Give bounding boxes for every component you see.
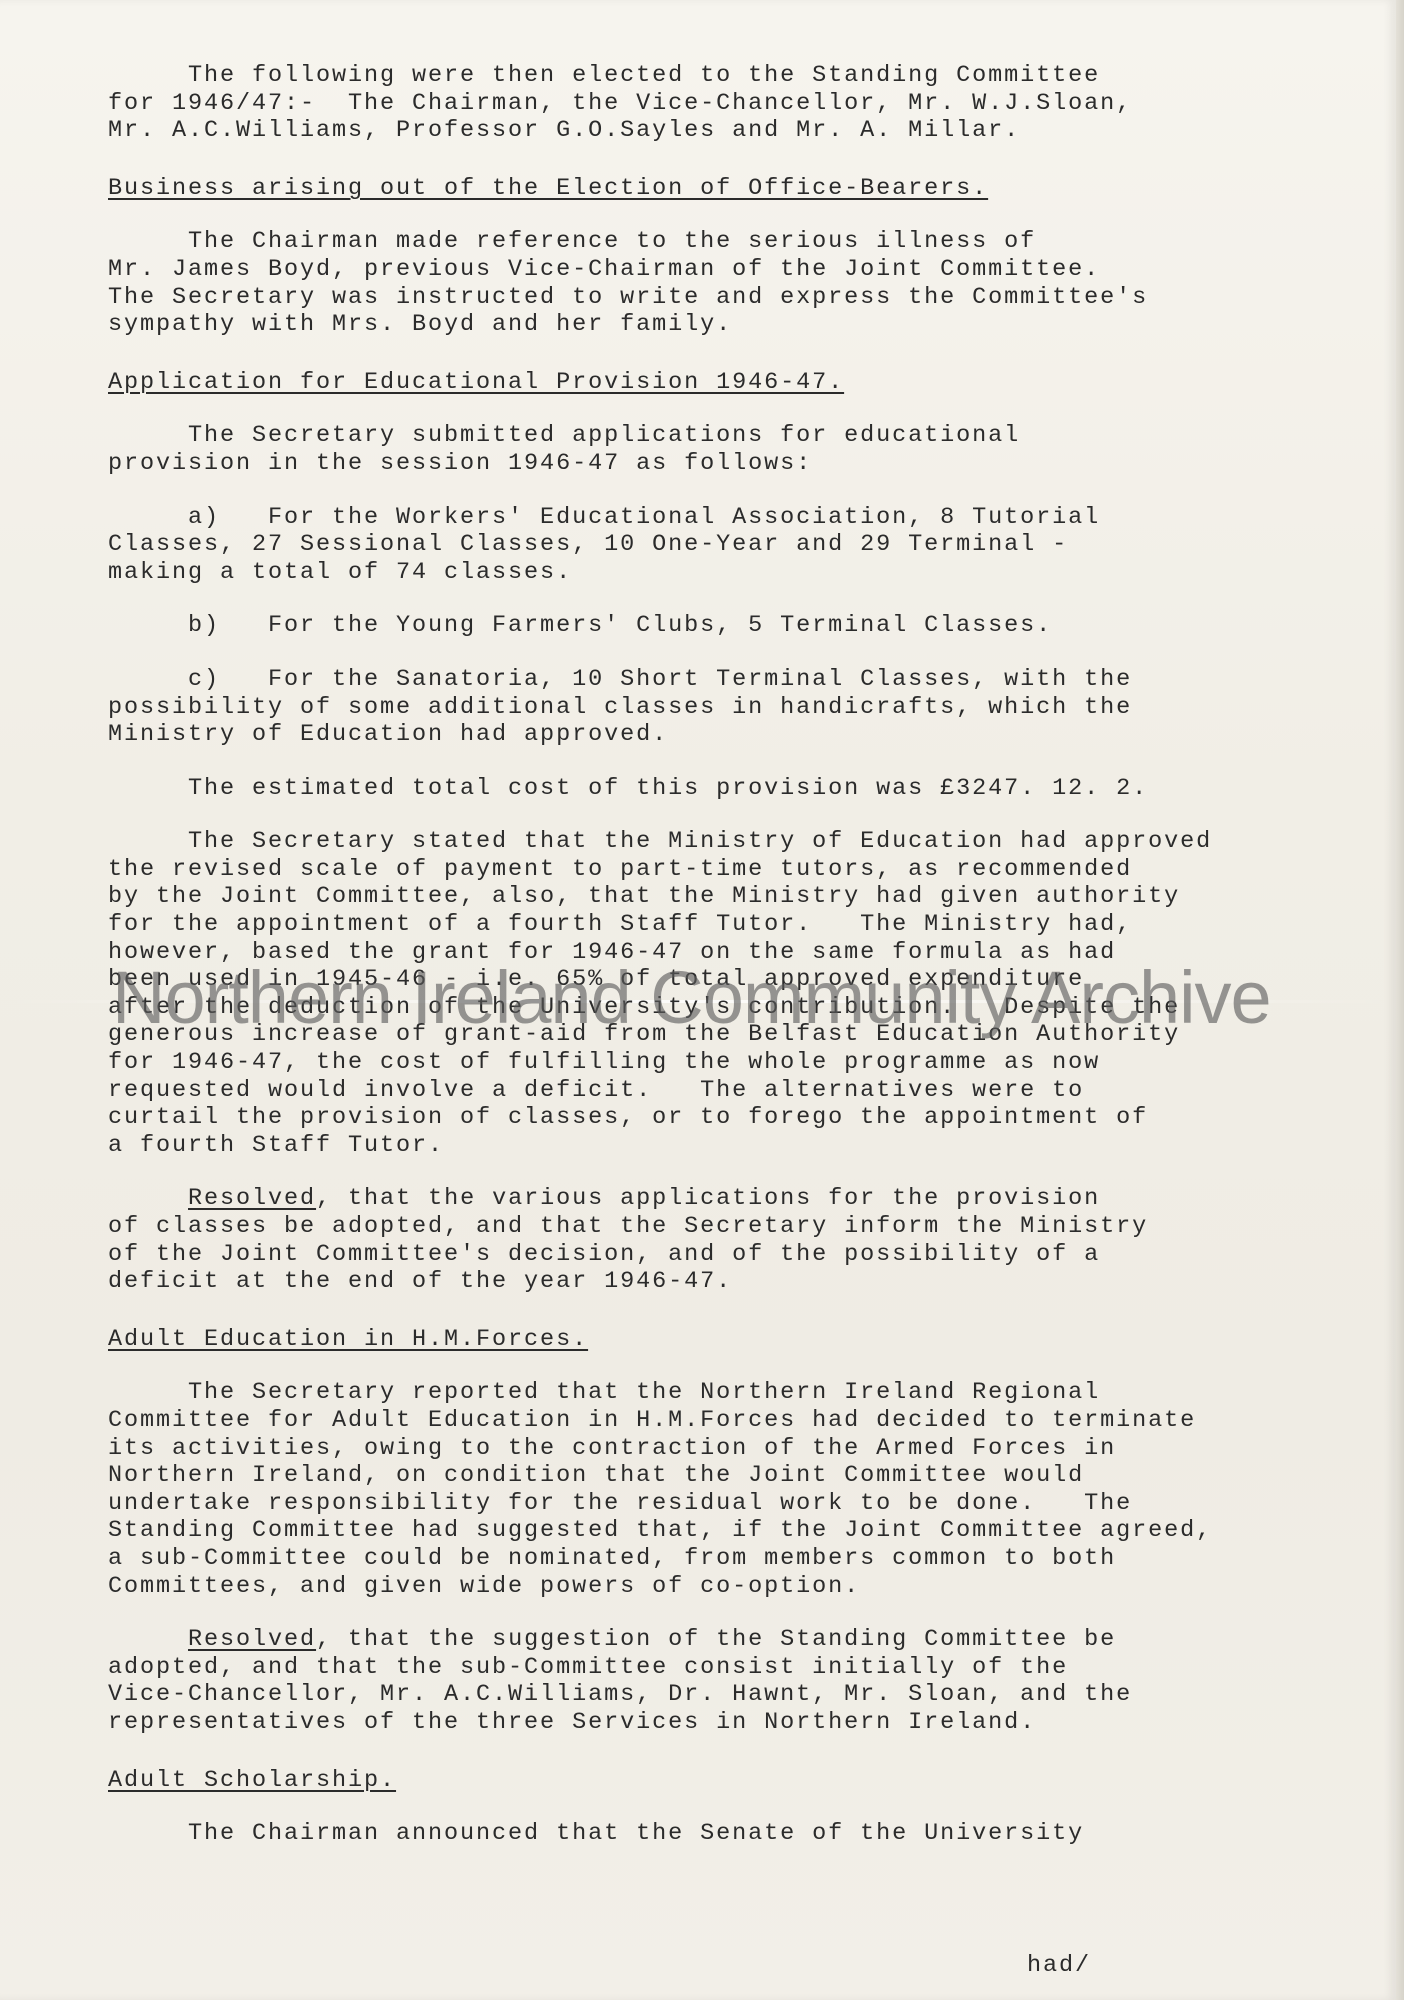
body-line: The following were then elected to the S… [108, 62, 1348, 90]
body-line: requested would involve a deficit. The a… [108, 1077, 1348, 1105]
list-item-b: b) For the Young Farmers' Clubs, 5 Termi… [108, 612, 1348, 640]
body-line: c) For the Sanatoria, 10 Short Terminal … [108, 666, 1348, 694]
total-cost-line: The estimated total cost of this provisi… [108, 775, 1348, 803]
section-heading: Adult Education in H.M.Forces. [108, 1326, 1348, 1354]
body-line: making a total of 74 classes. [108, 559, 1348, 587]
document-body: The following were then elected to the S… [108, 62, 1348, 1848]
list-item-a: a) For the Workers' Educational Associat… [108, 504, 1348, 587]
body-line: Northern Ireland, on condition that the … [108, 1462, 1348, 1490]
body-line: however, based the grant for 1946-47 on … [108, 939, 1348, 967]
body-line: been used in 1945-46 - i.e. 65% of total… [108, 966, 1348, 994]
body-line: The Secretary reported that the Northern… [108, 1379, 1348, 1407]
body-line: Mr. A.C.Williams, Professor G.O.Sayles a… [108, 117, 1348, 145]
body-line: a) For the Workers' Educational Associat… [108, 504, 1348, 532]
body-line: The Chairman made reference to the serio… [108, 228, 1348, 256]
paper-edge [1396, 0, 1404, 2000]
body-line: the revised scale of payment to part-tim… [108, 856, 1348, 884]
section-heading: Application for Educational Provision 19… [108, 369, 1348, 397]
body-line: Classes, 27 Sessional Classes, 10 One-Ye… [108, 531, 1348, 559]
resolved-keyword: Resolved [188, 1185, 316, 1212]
body-line: Committee for Adult Education in H.M.For… [108, 1407, 1348, 1435]
body-line: a fourth Staff Tutor. [108, 1132, 1348, 1160]
body-line: adopted, and that the sub-Committee cons… [108, 1654, 1348, 1682]
secretary-statement: The Secretary stated that the Ministry o… [108, 828, 1348, 1159]
body-line: The Secretary submitted applications for… [108, 422, 1348, 450]
section-hm-forces: Adult Education in H.M.Forces. The Secre… [108, 1326, 1348, 1737]
body-line: The Secretary was instructed to write an… [108, 284, 1348, 312]
body-line: The Chairman announced that the Senate o… [108, 1820, 1348, 1848]
body-line: a sub-Committee could be nominated, from… [108, 1545, 1348, 1573]
body-line: of the Joint Committee's decision, and o… [108, 1241, 1348, 1269]
body-line: The Secretary stated that the Ministry o… [108, 828, 1348, 856]
section-office-bearers: Business arising out of the Election of … [108, 175, 1348, 339]
body-line: Committees, and given wide powers of co-… [108, 1573, 1348, 1601]
section-adult-scholarship: Adult Scholarship. The Chairman announce… [108, 1767, 1348, 1848]
section-standing-committee: The following were then elected to the S… [108, 62, 1348, 145]
resolved-keyword: Resolved [188, 1626, 316, 1653]
resolution: Resolved, that the suggestion of the Sta… [108, 1626, 1348, 1736]
body-line: Standing Committee had suggested that, i… [108, 1517, 1348, 1545]
section-heading: Business arising out of the Election of … [108, 175, 1348, 203]
list-item-c: c) For the Sanatoria, 10 Short Terminal … [108, 666, 1348, 749]
body-line: provision in the session 1946-47 as foll… [108, 450, 1348, 478]
body-line: deficit at the end of the year 1946-47. [108, 1268, 1348, 1296]
body-line: for 1946-47, the cost of fulfilling the … [108, 1049, 1348, 1077]
body-line: generous increase of grant-aid from the … [108, 1021, 1348, 1049]
body-line: undertake responsibility for the residua… [108, 1490, 1348, 1518]
body-line: of classes be adopted, and that the Secr… [108, 1213, 1348, 1241]
body-line: sympathy with Mrs. Boyd and her family. [108, 311, 1348, 339]
catchword: had/ [1027, 1952, 1091, 1979]
body-line: curtail the provision of classes, or to … [108, 1104, 1348, 1132]
body-line: Mr. James Boyd, previous Vice-Chairman o… [108, 256, 1348, 284]
section-heading: Adult Scholarship. [108, 1767, 1348, 1795]
section-educational-provision: Application for Educational Provision 19… [108, 369, 1348, 1296]
body-line: by the Joint Committee, also, that the M… [108, 883, 1348, 911]
body-line: Vice-Chancellor, Mr. A.C.Williams, Dr. H… [108, 1681, 1348, 1709]
body-line: b) For the Young Farmers' Clubs, 5 Termi… [108, 612, 1348, 640]
body-line: for the appointment of a fourth Staff Tu… [108, 911, 1348, 939]
body-line: for 1946/47:- The Chairman, the Vice-Cha… [108, 90, 1348, 118]
body-line: possibility of some additional classes i… [108, 694, 1348, 722]
body-line: Resolved, that the suggestion of the Sta… [108, 1626, 1348, 1654]
body-line: its activities, owing to the contraction… [108, 1435, 1348, 1463]
body-line: Ministry of Education had approved. [108, 721, 1348, 749]
body-line: representatives of the three Services in… [108, 1709, 1348, 1737]
resolution: Resolved, that the various applications … [108, 1185, 1348, 1295]
body-line: after the deduction of the University's … [108, 994, 1348, 1022]
body-line: Resolved, that the various applications … [108, 1185, 1348, 1213]
